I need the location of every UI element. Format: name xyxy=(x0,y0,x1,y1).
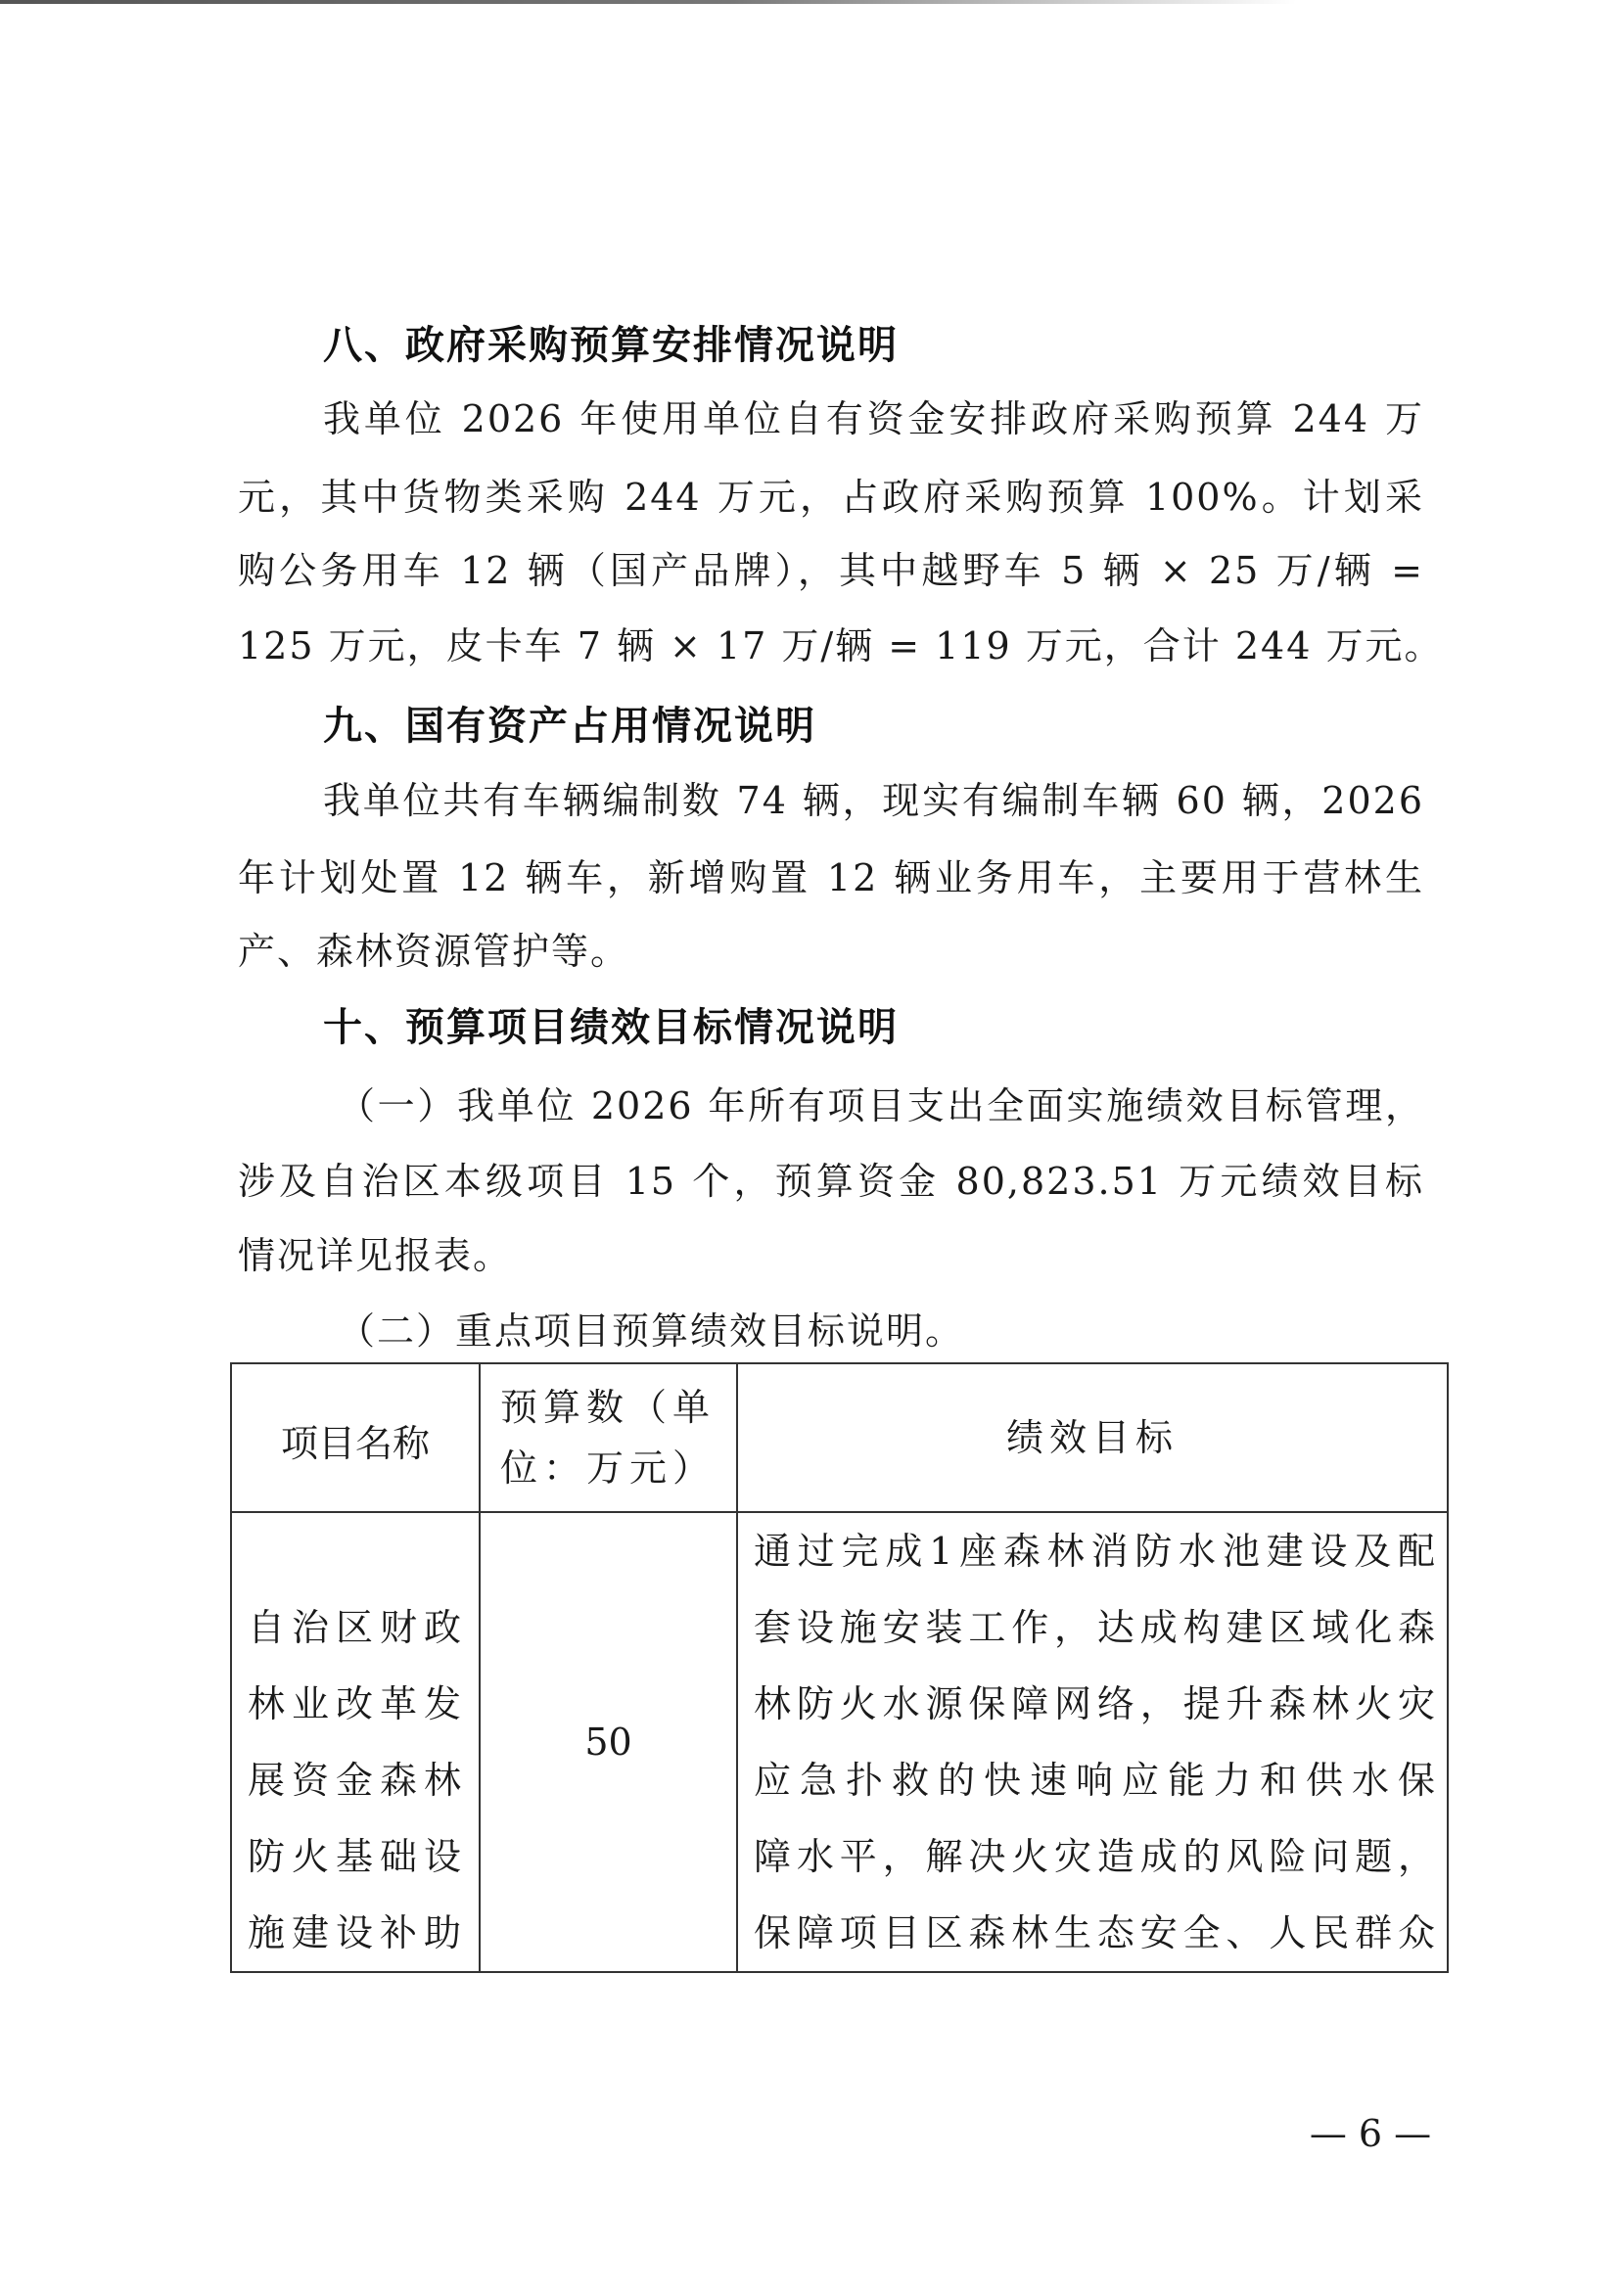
header-budget: 预算数（单 位：万元） xyxy=(480,1363,737,1512)
goal-line: 应急扑救的快速响应能力和供水保 xyxy=(754,1742,1435,1818)
header-budget-line2: 位：万元） xyxy=(500,1438,728,1498)
project-name-line: 展资金森林 xyxy=(248,1742,465,1818)
paragraph-line: 年计划处置 12 辆车，新增购置 12 辆业务用车，主要用于营林生 xyxy=(238,849,1424,907)
goal-line: 套设施安装工作，达成构建区域化森 xyxy=(754,1589,1435,1666)
project-name-line: 防火基础设 xyxy=(248,1818,465,1895)
paragraph-line: 产、森林资源管护等。 xyxy=(238,922,1424,981)
cell-performance-goal: 通过完成1座森林消防水池建设及配 套设施安装工作，达成构建区域化森 林防火水源保… xyxy=(737,1512,1448,1972)
section-heading-10: 十、预算项目绩效目标情况说明 xyxy=(323,998,899,1057)
scan-edge xyxy=(0,0,1620,4)
paragraph-line: 情况详见报表。 xyxy=(238,1226,1424,1285)
header-budget-line1: 预算数（单 xyxy=(500,1377,728,1438)
table-header-row: 项目名称 预算数（单 位：万元） 绩效目标 xyxy=(231,1363,1448,1512)
goal-line: 林防火水源保障网络，提升森林火灾 xyxy=(754,1666,1435,1742)
section-heading-9: 九、国有资产占用情况说明 xyxy=(323,697,816,756)
subsection-heading: （二）重点项目预算绩效目标说明。 xyxy=(338,1302,1439,1360)
paragraph-line: 涉及自治区本级项目 15 个，预算资金 80,823.51 万元绩效目标 xyxy=(238,1152,1424,1211)
cell-project-name: 自治区财政 林业改革发 展资金森林 防火基础设 施建设补助 xyxy=(231,1512,480,1972)
header-project-name: 项目名称 xyxy=(231,1363,480,1512)
paragraph-line: 我单位共有车辆编制数 74 辆，现实有编制车辆 60 辆，2026 xyxy=(323,771,1424,830)
table-row: 自治区财政 林业改革发 展资金森林 防火基础设 施建设补助 50 通过完成1座森… xyxy=(231,1512,1448,1972)
project-name-line: 林业改革发 xyxy=(248,1666,465,1742)
goal-line: 通过完成1座森林消防水池建设及配 xyxy=(754,1513,1435,1589)
project-name-line: 施建设补助 xyxy=(248,1895,465,1971)
paragraph-line: 我单位 2026 年使用单位自有资金安排政府采购预算 244 万 xyxy=(323,390,1424,448)
paragraph-line: 购公务用车 12 辆（国产品牌），其中越野车 5 辆 × 25 万/辆 = xyxy=(238,541,1424,600)
header-performance-goal: 绩效目标 xyxy=(737,1363,1448,1512)
page-number: — 6 — xyxy=(1302,2104,1439,2163)
cell-budget-amount: 50 xyxy=(480,1512,737,1972)
paragraph-line: 125 万元，皮卡车 7 辆 × 17 万/辆 = 119 万元，合计 244 … xyxy=(238,617,1424,675)
project-name-line: 自治区财政 xyxy=(248,1589,465,1666)
goal-line: 障水平，解决火灾造成的风险问题， xyxy=(754,1818,1435,1895)
paragraph-line: 元，其中货物类采购 244 万元，占政府采购预算 100%。计划采 xyxy=(238,468,1424,527)
paragraph-line: （一）我单位 2026 年所有项目支出全面实施绩效目标管理， xyxy=(338,1077,1424,1135)
goal-line: 保障项目区森林生态安全、人民群众 xyxy=(754,1895,1435,1971)
performance-goals-table: 项目名称 预算数（单 位：万元） 绩效目标 自治区财政 林业改革发 展资金森林 … xyxy=(230,1362,1449,1973)
section-heading-8: 八、政府采购预算安排情况说明 xyxy=(323,316,899,375)
